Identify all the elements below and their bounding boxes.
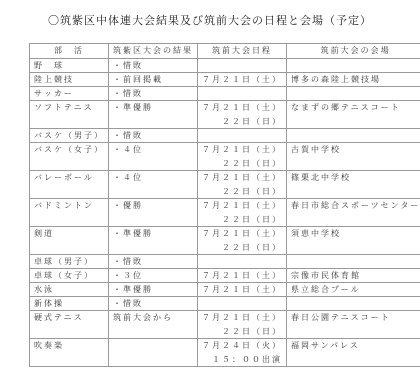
table-row: バスケ（男子）・惜敗 xyxy=(30,129,420,143)
club-cell: バスケ（男子） xyxy=(30,129,109,143)
venue-cell xyxy=(287,255,420,269)
date-line-1: ７月２１日（土） xyxy=(202,143,282,157)
date-cell: ７月２１日（土）２２日（日） xyxy=(198,311,287,339)
venue-cell: 宗像市民体育館 xyxy=(287,269,420,283)
date-line-1: ７月２１日（土） xyxy=(202,227,282,241)
date-line-1: ７月２１日（土） xyxy=(202,269,282,282)
club-cell: 卓球（男子） xyxy=(30,255,109,269)
date-line-2: ２２日（日） xyxy=(202,115,282,129)
date-cell: ７月２１日（土） xyxy=(198,73,287,87)
result-cell: ・４位 xyxy=(109,143,198,171)
club-cell: 陸上競技 xyxy=(30,73,109,87)
schedule-table: 部 活 筑紫区大会の結果 筑前大会日程 筑前大会の会場 野 球・惜敗陸上競技・前… xyxy=(29,43,420,367)
venue-cell: 古賀中学校 xyxy=(287,143,420,171)
club-cell: 吹奏楽 xyxy=(30,339,109,367)
date-line-1: ７月２４日（火） xyxy=(202,339,282,353)
date-line-1: ７月２１日（土） xyxy=(202,283,282,296)
date-line-2: ２２日（日） xyxy=(202,241,282,255)
date-line-1: ７月２１日（土） xyxy=(202,73,282,86)
table-row: 新体操・惜敗 xyxy=(30,297,420,311)
result-cell: ・惜敗 xyxy=(109,87,198,101)
table-row: 水泳・準優勝７月２１日（土）県立総合プール xyxy=(30,283,420,297)
venue-cell: 須恵中学校 xyxy=(287,227,420,255)
date-line-2: ２２日（日） xyxy=(202,185,282,199)
table-row: 野 球・惜敗 xyxy=(30,59,420,73)
club-cell: 剣道 xyxy=(30,227,109,255)
table-row: バレーボール・４位７月２１日（土）２２日（日）篠栗北中学校 xyxy=(30,171,420,199)
date-cell xyxy=(198,255,287,269)
venue-cell: 篠栗北中学校 xyxy=(287,171,420,199)
date-line-1: ７月２１日（土） xyxy=(202,101,282,115)
header-club: 部 活 xyxy=(30,44,109,59)
date-cell: ７月２１日（土）２２日（日） xyxy=(198,227,287,255)
result-cell: ・惜敗 xyxy=(109,129,198,143)
date-cell: ７月２１日（土） xyxy=(198,269,287,283)
venue-cell: なまずの郷テニスコート xyxy=(287,101,420,129)
venue-cell: 福岡サンパレス xyxy=(287,339,420,367)
club-cell: 卓球（女子） xyxy=(30,269,109,283)
club-cell: バドミントン xyxy=(30,199,109,227)
date-line-2: １５：００出演 xyxy=(202,353,282,367)
table-row: 陸上競技・前回掲載７月２１日（土）博多の森陸上競技場 xyxy=(30,73,420,87)
date-cell xyxy=(198,87,287,101)
date-cell xyxy=(198,129,287,143)
venue-cell: 春日公園テニスコート xyxy=(287,311,420,339)
table-row: 吹奏楽７月２４日（火）１５：００出演福岡サンパレス xyxy=(30,339,420,367)
table-row: バスケ（女子）・４位７月２１日（土）２２日（日）古賀中学校 xyxy=(30,143,420,171)
table-row: 卓球（女子）・３位７月２１日（土）宗像市民体育館 xyxy=(30,269,420,283)
result-cell: 筑前大会から xyxy=(109,311,198,339)
venue-cell xyxy=(287,59,420,73)
date-line-2: ２２日（日） xyxy=(202,325,282,339)
result-cell: ・準優勝 xyxy=(109,101,198,129)
venue-cell: 春日市総合スポーツセンター xyxy=(287,199,420,227)
table-row: 硬式テニス筑前大会から７月２１日（土）２２日（日）春日公園テニスコート xyxy=(30,311,420,339)
club-cell: 水泳 xyxy=(30,283,109,297)
result-cell: ・前回掲載 xyxy=(109,73,198,87)
date-cell: ７月２１日（土）２２日（日） xyxy=(198,143,287,171)
result-cell: ・優勝 xyxy=(109,199,198,227)
document-title: 〇筑紫区中体連大会結果及び筑前大会の日程と会場（予定） xyxy=(0,12,420,28)
date-cell: ７月２１日（土）２２日（日） xyxy=(198,101,287,129)
club-cell: サッカー xyxy=(30,87,109,101)
result-cell: ・惜敗 xyxy=(109,255,198,269)
date-line-1: ７月２１日（土） xyxy=(202,311,282,325)
date-cell xyxy=(198,59,287,73)
venue-cell: 博多の森陸上競技場 xyxy=(287,73,420,87)
result-cell xyxy=(109,339,198,367)
result-cell: ・３位 xyxy=(109,269,198,283)
result-cell: ・惜敗 xyxy=(109,59,198,73)
date-cell: ７月２１日（土）２２日（日） xyxy=(198,199,287,227)
date-cell: ７月２４日（火）１５：００出演 xyxy=(198,339,287,367)
table-row: サッカー・惜敗 xyxy=(30,87,420,101)
date-line-1: ７月２１日（土） xyxy=(202,199,282,213)
club-cell: 硬式テニス xyxy=(30,311,109,339)
result-cell: ・準優勝 xyxy=(109,283,198,297)
club-cell: 野 球 xyxy=(30,59,109,73)
date-cell xyxy=(198,297,287,311)
date-line-2: ２２日（日） xyxy=(202,213,282,227)
header-date: 筑前大会日程 xyxy=(198,44,287,59)
table-row: バドミントン・優勝７月２１日（土）２２日（日）春日市総合スポーツセンター xyxy=(30,199,420,227)
club-cell: ソフトテニス xyxy=(30,101,109,129)
club-cell: バスケ（女子） xyxy=(30,143,109,171)
header-venue: 筑前大会の会場 xyxy=(287,44,420,59)
result-cell: ・準優勝 xyxy=(109,227,198,255)
table-row: ソフトテニス・準優勝７月２１日（土）２２日（日）なまずの郷テニスコート xyxy=(30,101,420,129)
table-header-row: 部 活 筑紫区大会の結果 筑前大会日程 筑前大会の会場 xyxy=(30,44,420,59)
date-line-2: ２２日（日） xyxy=(202,157,282,171)
date-line-1: ７月２１日（土） xyxy=(202,171,282,185)
venue-cell: 県立総合プール xyxy=(287,283,420,297)
venue-cell xyxy=(287,129,420,143)
venue-cell xyxy=(287,87,420,101)
table-row: 剣道・準優勝７月２１日（土）２２日（日）須恵中学校 xyxy=(30,227,420,255)
header-result: 筑紫区大会の結果 xyxy=(109,44,198,59)
club-cell: バレーボール xyxy=(30,171,109,199)
date-cell: ７月２１日（土）２２日（日） xyxy=(198,171,287,199)
result-cell: ・惜敗 xyxy=(109,297,198,311)
result-cell: ・４位 xyxy=(109,171,198,199)
table-row: 卓球（男子）・惜敗 xyxy=(30,255,420,269)
club-cell: 新体操 xyxy=(30,297,109,311)
date-cell: ７月２１日（土） xyxy=(198,283,287,297)
venue-cell xyxy=(287,297,420,311)
